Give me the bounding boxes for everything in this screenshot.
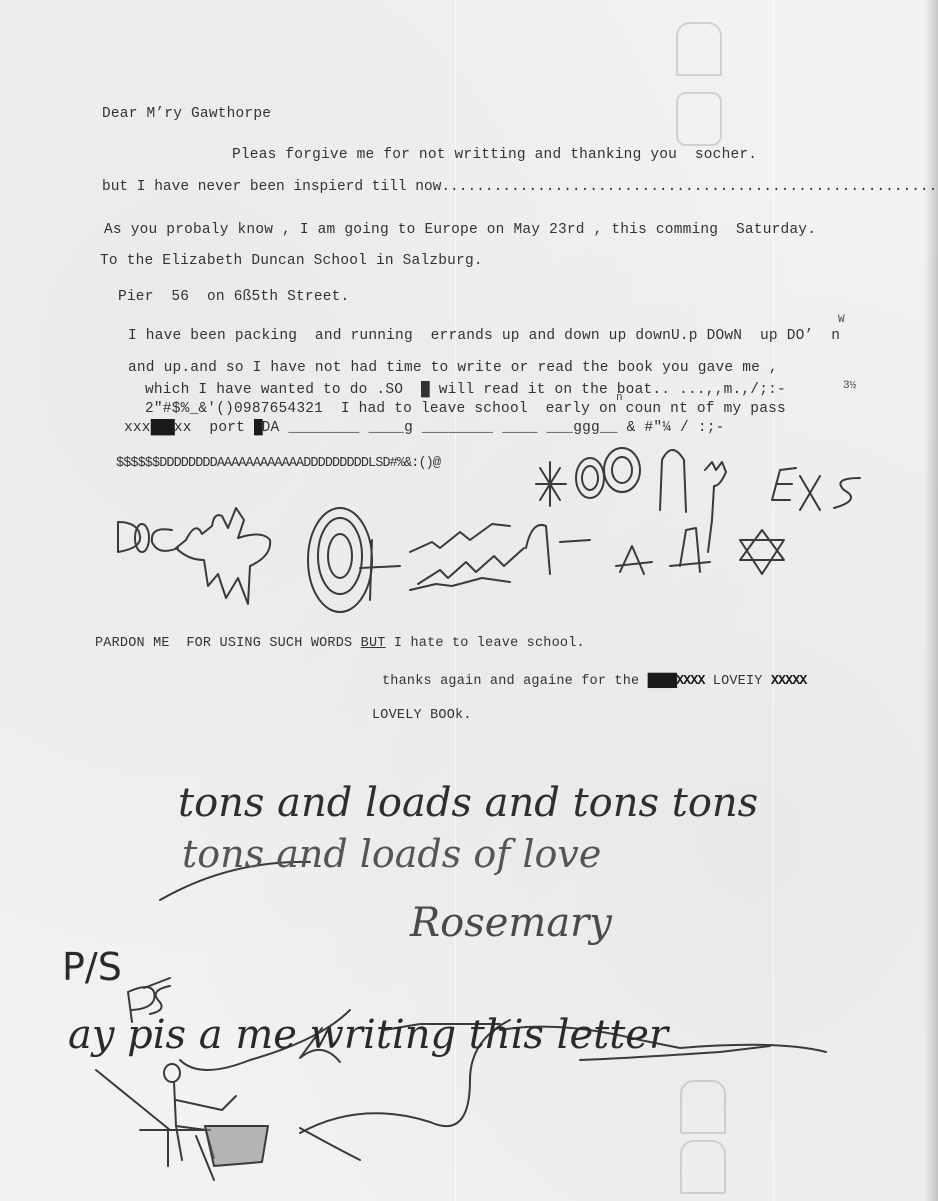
handwritten-line: tons and loads and tons tons xyxy=(178,780,758,826)
typed-line: 2"#$%_&'()0987654321 I had to leave scho… xyxy=(145,401,786,417)
typed-line: As you probaly know , I am going to Euro… xyxy=(104,222,816,238)
letter-page: Dear M’ry Gawthorpe Pleas forgive me for… xyxy=(0,0,938,1201)
struck-out-text: ████XXXX xyxy=(648,674,705,689)
typed-line: which I have wanted to do .SO █ will rea… xyxy=(145,382,786,398)
watermark-stamp xyxy=(680,1140,726,1194)
typed-text: I hate to leave school. xyxy=(386,636,585,651)
typed-line: To the Elizabeth Duncan School in Salzbu… xyxy=(100,253,483,269)
watermark-stamp xyxy=(676,92,722,146)
typed-text: DA ________ ____g ________ ____ ___ggg__… xyxy=(262,420,725,436)
watermark-stamp xyxy=(680,1080,726,1134)
typed-line: thanks again and againe for the ████XXXX… xyxy=(382,674,806,689)
typed-line: but I have never been inspierd till now.… xyxy=(102,179,938,195)
underlined-word: BUT xyxy=(361,636,386,651)
typed-line: Pier 56 on 6ß5th Street. xyxy=(118,289,349,305)
typed-mark: n xyxy=(616,392,623,404)
typed-text: PARDON ME FOR USING SUCH WORDS xyxy=(95,636,361,651)
typed-line: xxx███xx port █DA ________ ____g _______… xyxy=(124,420,725,436)
typed-line: $$$$$$DDDDDDDDAAAAAAAAAAAADDDDDDDDDLSD#%… xyxy=(116,456,440,471)
typed-line: and up.and so I have not had time to wri… xyxy=(128,360,778,376)
typed-line: PARDON ME FOR USING SUCH WORDS BUT I hat… xyxy=(95,636,585,651)
salutation: Dear M’ry Gawthorpe xyxy=(102,106,271,122)
typed-line: I have been packing and running errands … xyxy=(128,328,840,344)
struck-out-text: █ xyxy=(254,420,262,436)
typed-text: xx port xyxy=(174,420,254,436)
typed-line: LOVELY BOOk. xyxy=(372,708,472,723)
ps-text: ay pis a me writing this letter xyxy=(68,1012,668,1058)
typed-text: LOVEIY xyxy=(704,674,770,689)
handwritten-line: tons and loads of love xyxy=(182,832,601,876)
typed-line: Pleas forgive me for not writting and th… xyxy=(232,147,757,163)
typed-fraction: 3½ xyxy=(843,380,856,392)
watermark-stamp xyxy=(676,22,722,76)
struck-out-text: XXXXX xyxy=(771,674,807,689)
ps-label: P/S xyxy=(62,945,122,989)
typed-text: xxx xyxy=(124,420,151,436)
typed-text: thanks again and againe for the xyxy=(382,674,648,689)
struck-out-text: ███ xyxy=(151,420,174,436)
signature: Rosemary xyxy=(410,900,612,946)
typed-superscript: W xyxy=(838,314,845,326)
